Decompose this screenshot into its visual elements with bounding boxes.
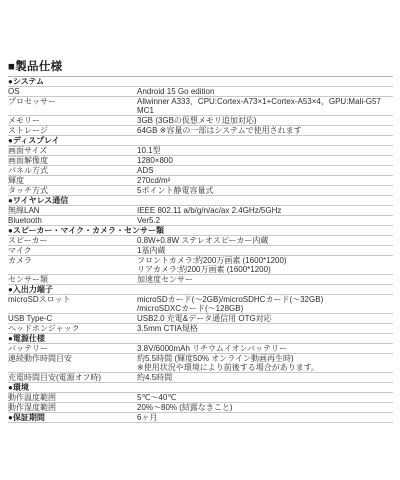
spec-label: 輝度 xyxy=(8,176,137,185)
spec-section-label: ●保証期間 xyxy=(8,413,137,422)
spec-value: 5ポイント静電容量式 xyxy=(137,186,393,195)
spec-label: マイク xyxy=(8,246,137,255)
spec-value: 5℃〜40℃ xyxy=(137,393,393,402)
spec-row: カメラフロントカメラ:約200万画素 (1600*1200) リアカメラ:約20… xyxy=(8,256,393,275)
spec-label: タッチ方式 xyxy=(8,186,137,195)
spec-value: Android 15 Go edition xyxy=(137,87,393,96)
spec-value: 64GB ※容量の一部はシステムで使用されます xyxy=(137,126,393,135)
spec-row: バッテリー3.8V/6000mAh リチウムイオンバッテリー xyxy=(8,344,393,354)
spec-value: ADS xyxy=(137,166,393,175)
spec-value: 約4.5時間 xyxy=(137,373,393,382)
spec-row: 動作温度範囲5℃〜40℃ xyxy=(8,393,393,403)
page-title: ■製品仕様 xyxy=(8,61,393,73)
spec-value: 1基内蔵 xyxy=(137,246,393,255)
spec-section-row: ●システム xyxy=(8,77,393,87)
spec-row: 画面サイズ10.1型 xyxy=(8,146,393,156)
spec-row: パネル方式ADS xyxy=(8,166,393,176)
spec-label: プロセッサー xyxy=(8,97,137,106)
spec-section-row: ●環境 xyxy=(8,383,393,393)
spec-label: スピーカー xyxy=(8,236,137,245)
spec-value: Ver5.2 xyxy=(137,216,393,225)
spec-label: パネル方式 xyxy=(8,166,137,175)
spec-label: 画面サイズ xyxy=(8,146,137,155)
spec-value: 270cd/m² xyxy=(137,176,393,185)
spec-value: フロントカメラ:約200万画素 (1600*1200) リアカメラ:約200万画… xyxy=(137,256,393,274)
spec-row: ストレージ64GB ※容量の一部はシステムで使用されます xyxy=(8,126,393,136)
spec-row: タッチ方式5ポイント静電容量式 xyxy=(8,186,393,196)
spec-value: 10.1型 xyxy=(137,146,393,155)
spec-value: 20%〜80% (結露なきこと) xyxy=(137,403,393,412)
spec-row: プロセッサーAllwinner A333、CPU:Cortex-A73×1+Co… xyxy=(8,97,393,116)
spec-section-label: ●環境 xyxy=(8,383,137,392)
spec-value: microSDカード(〜2GB)/microSDHCカード(〜32GB) /mi… xyxy=(137,295,393,313)
spec-section-row: ●スピーカー・マイク・カメラ・センサー類 xyxy=(8,226,393,236)
spec-row: 充電時間目安(電源オフ時)約4.5時間 xyxy=(8,373,393,383)
spec-row: ヘッドホンジャック3.5mm CTIA規格 xyxy=(8,324,393,334)
spec-row: 連続動作時間目安約5.5時間 (輝度50% オンライン動画再生時) ※使用状況や… xyxy=(8,354,393,373)
spec-section-label: ●スピーカー・マイク・カメラ・センサー類 xyxy=(8,226,168,235)
spec-label: USB Type-C xyxy=(8,314,137,323)
spec-section-label: ●入出力端子 xyxy=(8,285,137,294)
spec-value: IEEE 802.11 a/b/g/n/ac/ax 2.4GHz/5GHz xyxy=(137,206,393,215)
spec-section-row: ●電源仕様 xyxy=(8,334,393,344)
spec-section-row: ●保証期間6ヶ月 xyxy=(8,413,393,423)
spec-label: バッテリー xyxy=(8,344,137,353)
spec-row: 画面解像度1280×800 xyxy=(8,156,393,166)
spec-section-label: ●ワイヤレス通信 xyxy=(8,196,137,205)
spec-label: 充電時間目安(電源オフ時) xyxy=(8,373,137,382)
spec-row: スピーカー0.8W+0.8W ステレオスピーカー内蔵 xyxy=(8,236,393,246)
spec-table: ●システムOSAndroid 15 Go editionプロセッサーAllwin… xyxy=(8,76,393,423)
spec-value: 1280×800 xyxy=(137,156,393,165)
spec-row: microSDスロットmicroSDカード(〜2GB)/microSDHCカード… xyxy=(8,295,393,314)
spec-value: 0.8W+0.8W ステレオスピーカー内蔵 xyxy=(137,236,393,245)
spec-value: USB2.0 充電&データ通信用 OTG対応 xyxy=(137,314,393,323)
product-spec-sheet: ■製品仕様 ●システムOSAndroid 15 Go editionプロセッサー… xyxy=(0,0,400,480)
spec-value: 6ヶ月 xyxy=(137,413,393,422)
spec-section-label: ●システム xyxy=(8,77,137,86)
spec-row: 動作湿度範囲20%〜80% (結露なきこと) xyxy=(8,403,393,413)
spec-label: ストレージ xyxy=(8,126,137,135)
spec-row: 無線LANIEEE 802.11 a/b/g/n/ac/ax 2.4GHz/5G… xyxy=(8,206,393,216)
spec-label: 動作湿度範囲 xyxy=(8,403,137,412)
spec-label: Bluetooth xyxy=(8,216,137,225)
spec-row: BluetoothVer5.2 xyxy=(8,216,393,226)
spec-value: 3.8V/6000mAh リチウムイオンバッテリー xyxy=(137,344,393,353)
spec-value: 3.5mm CTIA規格 xyxy=(137,324,393,333)
spec-label: 動作温度範囲 xyxy=(8,393,137,402)
spec-label: ヘッドホンジャック xyxy=(8,324,137,333)
spec-label: microSDスロット xyxy=(8,295,137,304)
spec-section-row: ●ワイヤレス通信 xyxy=(8,196,393,206)
spec-label: センサー類 xyxy=(8,275,137,284)
spec-row: OSAndroid 15 Go edition xyxy=(8,87,393,97)
spec-row: 輝度270cd/m² xyxy=(8,176,393,186)
spec-label: 連続動作時間目安 xyxy=(8,354,137,363)
spec-section-row: ●ディスプレイ xyxy=(8,136,393,146)
spec-value: Allwinner A333、CPU:Cortex-A73×1+Cortex-A… xyxy=(137,97,393,115)
spec-value: 約5.5時間 (輝度50% オンライン動画再生時) ※使用状況や環境により前後す… xyxy=(137,354,393,372)
spec-label: OS xyxy=(8,87,137,96)
spec-label: メモリー xyxy=(8,116,137,125)
spec-label: カメラ xyxy=(8,256,137,265)
spec-label: 画面解像度 xyxy=(8,156,137,165)
spec-row: USB Type-CUSB2.0 充電&データ通信用 OTG対応 xyxy=(8,314,393,324)
spec-section-row: ●入出力端子 xyxy=(8,285,393,295)
spec-label: 無線LAN xyxy=(8,206,137,215)
spec-row: マイク1基内蔵 xyxy=(8,246,393,256)
spec-value: 加速度センサー xyxy=(137,275,393,284)
spec-row: センサー類加速度センサー xyxy=(8,275,393,285)
spec-value: 3GB (3GBの仮想メモリ追加対応) xyxy=(137,116,393,125)
spec-row: メモリー3GB (3GBの仮想メモリ追加対応) xyxy=(8,116,393,126)
spec-section-label: ●電源仕様 xyxy=(8,334,137,343)
spec-section-label: ●ディスプレイ xyxy=(8,136,137,145)
